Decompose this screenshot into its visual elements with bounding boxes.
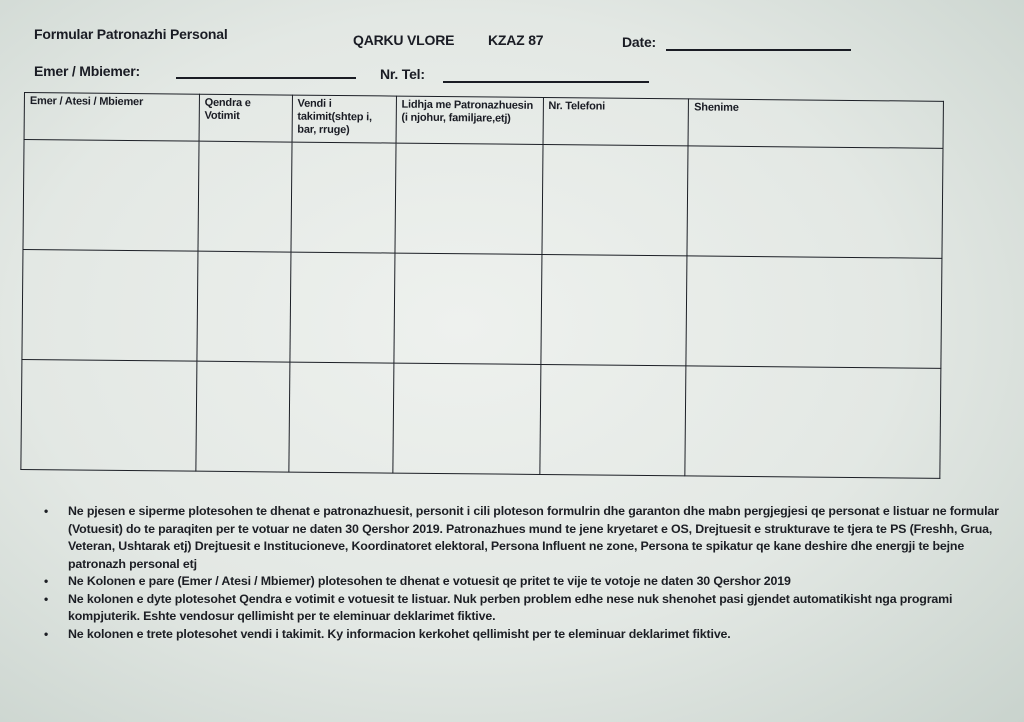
name-label: Emer / Mbiemer: — [34, 63, 140, 79]
table-row — [21, 359, 941, 478]
phone-label: Nr. Tel: — [380, 66, 425, 82]
col-header-relation: Lidhja me Patronazhuesin (i njohur, fami… — [396, 96, 543, 144]
instruction-text: Ne pjesen e siperme plotesohen te dhenat… — [68, 504, 999, 571]
name-field-line[interactable] — [176, 77, 356, 79]
patronage-form-page: Formular Patronazhi Personal QARKU VLORE… — [0, 0, 1024, 722]
instructions-list: • Ne pjesen e siperme plotesohen te dhen… — [44, 503, 1024, 643]
col-header-phone: Nr. Telefoni — [543, 97, 689, 145]
col-header-voting-center: Qendra e Votimit — [199, 94, 292, 142]
col-header-notes: Shenime — [688, 99, 943, 148]
table-cell[interactable] — [541, 144, 688, 255]
table-cell[interactable] — [196, 361, 290, 472]
table-cell[interactable] — [289, 362, 394, 473]
date-label: Date: — [622, 34, 656, 50]
kzaz-label: KZAZ 87 — [488, 32, 543, 48]
bullet-icon: • — [44, 626, 48, 644]
table-cell[interactable] — [685, 366, 941, 478]
instruction-text: Ne kolonen e dyte plotesohet Qendra e vo… — [68, 592, 952, 624]
table-cell[interactable] — [197, 251, 291, 362]
table-cell[interactable] — [290, 252, 395, 363]
table-cell[interactable] — [198, 141, 292, 252]
instruction-item: • Ne kolonen e dyte plotesohet Qendra e … — [44, 591, 1018, 626]
instruction-item: • Ne pjesen e siperme plotesohen te dhen… — [44, 503, 1018, 573]
table-cell[interactable] — [394, 253, 542, 364]
voters-table: Emer / Atesi / Mbiemer Qendra e Votimit … — [20, 92, 944, 479]
instruction-item: • Ne Kolonen e pare (Emer / Atesi / Mbie… — [44, 573, 1018, 591]
region-label: QARKU VLORE — [353, 32, 454, 48]
table-cell[interactable] — [22, 249, 198, 361]
table-cell[interactable] — [539, 364, 686, 475]
bullet-icon: • — [44, 503, 48, 521]
table-cell[interactable] — [291, 142, 396, 253]
col-header-meeting-place: Vendi i takimit(shtep i, bar, rruge) — [292, 95, 396, 143]
date-field-line[interactable] — [666, 49, 851, 51]
table-row — [23, 140, 943, 259]
table-row — [22, 249, 942, 368]
instruction-text: Ne kolonen e trete plotesohet vendi i ta… — [68, 627, 731, 641]
bullet-icon: • — [44, 591, 48, 609]
table-cell[interactable] — [686, 256, 942, 368]
col-header-name: Emer / Atesi / Mbiemer — [24, 93, 199, 142]
form-title: Formular Patronazhi Personal — [34, 26, 228, 42]
table-cell[interactable] — [540, 254, 687, 365]
bullet-icon: • — [44, 573, 48, 591]
table-cell[interactable] — [23, 140, 199, 252]
table-cell[interactable] — [392, 363, 540, 474]
table-cell[interactable] — [21, 359, 197, 471]
phone-field-line[interactable] — [443, 81, 649, 83]
instruction-text: Ne Kolonen e pare (Emer / Atesi / Mbieme… — [68, 574, 791, 588]
table-cell[interactable] — [395, 143, 543, 254]
table-cell[interactable] — [687, 146, 943, 258]
instruction-item: • Ne kolonen e trete plotesohet vendi i … — [44, 626, 1018, 644]
